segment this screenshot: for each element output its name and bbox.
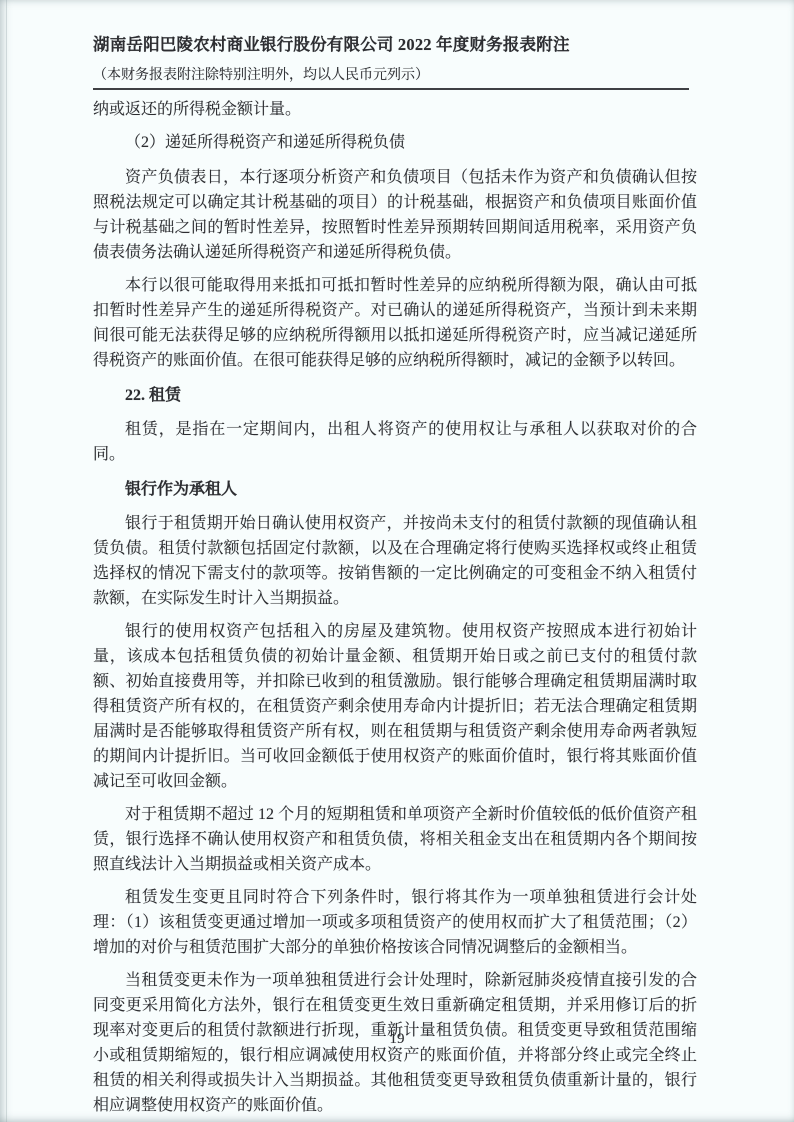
body-paragraphs: 纳或返还的所得税金额计量。 （2）递延所得税资产和递延所得税负债 资产负债表日，… <box>93 97 697 1118</box>
paragraph: 本行以很可能取得用来抵扣可抵扣暂时性差异的应纳税所得额为限，确认由可抵扣暂时性差… <box>93 273 697 373</box>
paragraph: 资产负债表日，本行逐项分析资产和负债项目（包括未作为资产和负债确认但按照税法规定… <box>93 165 697 265</box>
report-subtitle: （本财务报表附注除特别注明外，均以人民币元列示） <box>93 67 689 85</box>
section-heading-leases: 22. 租赁 <box>93 383 697 408</box>
paragraph: 租赁发生变更且同时符合下列条件时，银行将其作为一项单独租赁进行会计处理：（1）该… <box>93 885 697 960</box>
paragraph: 银行的使用权资产包括租入的房屋及建筑物。使用权资产按照成本进行初始计量，该成本包… <box>93 619 697 794</box>
page-number: 19 <box>0 1031 794 1048</box>
paragraph-continuation: 纳或返还的所得税金额计量。 <box>93 97 697 122</box>
page-content: 湖南岳阳巴陵农村商业银行股份有限公司 2022 年度财务报表附注 （本财务报表附… <box>93 34 697 1122</box>
paragraph: 银行于租赁期开始日确认使用权资产，并按尚未支付的租赁付款额的现值确认租赁负债。租… <box>93 511 697 611</box>
section-heading-bank-as-lessee: 银行作为承租人 <box>93 477 697 502</box>
page-header: 湖南岳阳巴陵农村商业银行股份有限公司 2022 年度财务报表附注 （本财务报表附… <box>93 34 689 90</box>
subsection-heading-deferred-tax: （2）递延所得税资产和递延所得税负债 <box>93 130 697 155</box>
paragraph: 对于租赁期不超过 12 个月的短期租赁和单项资产全新时价值较低的低价值资产租赁，… <box>93 802 697 877</box>
scanned-document-page: 湖南岳阳巴陵农村商业银行股份有限公司 2022 年度财务报表附注 （本财务报表附… <box>0 0 794 1122</box>
paragraph: 租赁，是指在一定期间内，出租人将资产的使用权让与承租人以获取对价的合同。 <box>93 417 697 467</box>
report-title: 湖南岳阳巴陵农村商业银行股份有限公司 2022 年度财务报表附注 <box>93 34 689 56</box>
